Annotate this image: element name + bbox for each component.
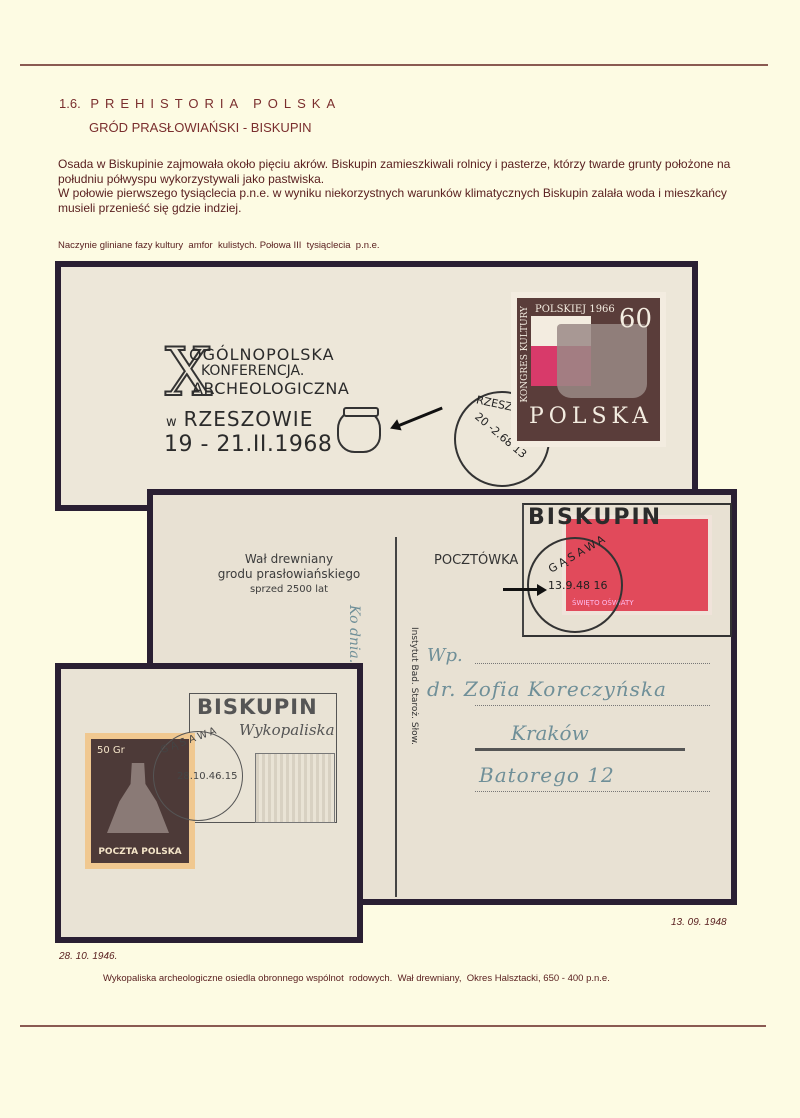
stamp-country: POCZTA POLSKA [91,847,189,857]
cancel-line-3: ARCHEOLOGICZNA [192,379,349,398]
handwritten-salutation: Wp. [427,645,463,666]
intro-paragraph-2: W połowie pierwszego tysiąclecia p.n.e. … [58,186,748,215]
section-number: 1.6. [59,96,81,111]
cancel-dates: 19 - 21.II.1968 [164,432,332,457]
publisher-imprint: Instytut Bad. Staroż. Słow. [409,627,419,745]
stamp-kongres-kultury: KONGRES KULTURY POLSKIEJ 1966 60 POLSKA [511,292,666,447]
address-line-1 [475,663,710,664]
stamp-value: 50 Gr [97,745,125,756]
section-title: PREHISTORIA POLSKA [90,96,341,111]
postmark-date: 28.10.46.15 [177,771,237,782]
bottom-divider [20,1025,766,1027]
postcard-label: POCZTÓWKA [434,553,518,568]
postcard-title-line-2: grodu prasłowiańskiego [209,567,369,582]
slogan-cancel-text: BISKUPIN [528,505,662,530]
caption-vessel: Naczynie gliniane fazy kultury amfor kul… [58,240,380,251]
handwritten-city: Kraków [511,721,589,745]
postcard-title-line-1: Wał drewniany [209,552,369,567]
cancel-prefix: w [166,415,178,430]
intro-paragraph-1: Osada w Biskupinie zajmowała około pięci… [58,157,748,186]
cover-mount: X OGÓLNOPOLSKA KONFERENCJA. ARCHEOLOGICZ… [55,261,698,511]
stamp-vertical-inscription: KONGRES KULTURY [520,306,530,403]
cancel-line-2: KONFERENCJA. [201,363,304,379]
postcard-title-line-3: sprzed 2500 lat [209,582,369,597]
arrow-right-icon [503,588,543,591]
cancel-city: RZESZOWIE [184,407,314,431]
handwritten-recipient: dr. Zofia Koreczyńska [427,677,667,701]
cover: X OGÓLNOPOLSKA KONFERENCJA. ARCHEOLOGICZ… [61,267,692,505]
intro-text: Osada w Biskupinie zajmowała około pięci… [58,157,748,215]
section-subtitle: GRÓD PRASŁOWIAŃSKI - BISKUPIN [89,120,312,135]
caption-excavation: Wykopaliska archeologiczne osiedla obron… [103,973,610,984]
excavation-hut-image [255,753,335,823]
top-divider [20,64,768,66]
stamp-country: POLSKA [529,404,653,429]
stamp-top-inscription: POLSKIEJ 1966 [535,304,615,315]
capital-artifact-image [557,324,647,398]
cancel-line-1: OGÓLNOPOLSKA [189,345,335,364]
postcard-title: Wał drewniany grodu prasłowiańskiego spr… [209,552,369,597]
section-heading: 1.6. PREHISTORIA POLSKA [59,96,341,111]
date-piece: 28. 10. 1946. [59,951,117,962]
arrow-left-icon [393,407,442,429]
postcard-divider [395,537,397,897]
postmark-date: 13.9.48 16 [548,579,607,592]
address-line-3 [475,748,685,751]
handwritten-street: Batorego 12 [479,763,615,787]
slogan-cancel-subtitle: Wykopaliska [239,721,335,739]
stamp-value: 60 [619,304,652,334]
address-line-2 [475,705,710,706]
date-postcard: 13. 09. 1948 [671,917,727,928]
cover-piece-mount: BISKUPIN Wykopaliska 50 Gr POCZTA POLSKA… [55,663,363,943]
cancel-city-line: wRZESZOWIE [166,407,313,431]
cover-piece: BISKUPIN Wykopaliska 50 Gr POCZTA POLSKA… [61,669,357,937]
clay-pot-icon [337,409,381,453]
slogan-cancel-text: BISKUPIN [197,695,318,719]
address-line-4 [475,791,710,792]
